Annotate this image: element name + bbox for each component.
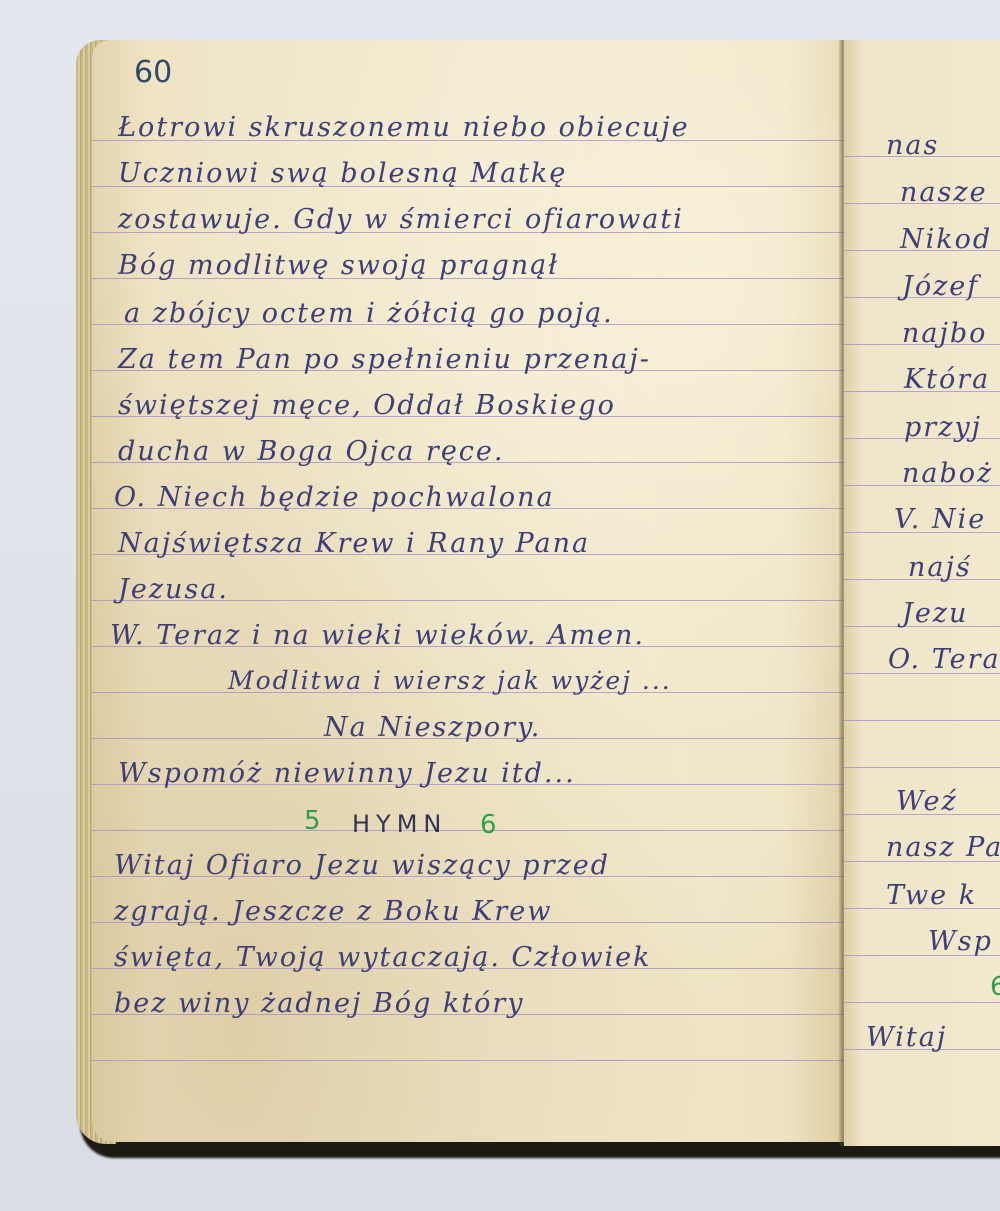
text-line: naboż — [902, 460, 993, 487]
text-line: nas — [886, 132, 939, 159]
rule-line — [844, 720, 1000, 721]
text-line: nasze — [900, 179, 988, 206]
text-line: V. Nie — [894, 506, 986, 533]
text-line: Za tem Pan po spełnieniu przenaj- — [118, 346, 651, 373]
text-line: O. Niech będzie pochwalona — [114, 484, 555, 511]
text-line: Józef — [902, 273, 979, 300]
rule-line — [92, 1060, 844, 1061]
text-line: a zbójcy octem i żółcią go poją. — [124, 300, 614, 327]
hymn-heading: HYMN — [352, 812, 447, 836]
green-mark: 6 — [990, 974, 1000, 1000]
text-line: najbo — [902, 320, 987, 347]
left-page: 60 Łotrowi skruszonemu niebo obiecuje Uc… — [92, 40, 844, 1142]
text-line: Bóg modlitwę swoją pragnął — [118, 252, 559, 279]
text-line: Wspomóż niewinny Jezu itd... — [118, 760, 576, 787]
text-line: świętszej męce, Oddał Boskiego — [118, 392, 616, 419]
right-page: nas nasze Nikod Józef najbo Która przyj … — [844, 40, 1000, 1146]
text-line: ducha w Boga Ojca ręce. — [118, 438, 505, 465]
text-line: Witaj Ofiaro Jezu wiszący przed — [114, 852, 610, 879]
green-mark-right: 6 — [480, 812, 499, 838]
text-line: Która — [904, 366, 990, 393]
text-line: Nikod — [900, 226, 992, 253]
text-line: zostawuje. Gdy w śmierci ofiarowati — [118, 206, 684, 233]
text-line: Łotrowi skruszonemu niebo obiecuje — [118, 114, 690, 141]
text-line: Wsp — [928, 928, 993, 955]
text-line: przyj — [904, 414, 982, 441]
section-heading: Na Nieszpory. — [324, 714, 541, 741]
text-line: W. Teraz i na wieki wieków. Amen. — [110, 622, 645, 649]
text-line: Jezusa. — [118, 576, 229, 603]
rule-line — [844, 1002, 1000, 1003]
green-mark-left: 5 — [304, 808, 323, 834]
text-line: nasz Pa — [886, 834, 1000, 861]
text-line: bez winy żadnej Bóg który — [114, 990, 525, 1017]
text-line: zgrają. Jeszcze z Boku Krew — [114, 898, 552, 925]
text-line: Jezu — [902, 600, 968, 627]
text-line: Najświętsza Krew i Rany Pana — [118, 530, 590, 557]
text-line: Twe k — [886, 882, 977, 909]
text-line: Weź — [896, 788, 958, 815]
rule-line — [92, 830, 844, 831]
text-line: święta, Twoją wytaczają. Człowiek — [114, 944, 652, 971]
rule-line — [844, 767, 1000, 768]
text-line: Modlitwa i wiersz jak wyżej ... — [228, 668, 672, 693]
text-line: Witaj — [866, 1024, 947, 1051]
page-number: 60 — [134, 58, 172, 88]
text-line: Uczniowi swą bolesną Matkę — [118, 160, 567, 187]
text-line: najś — [908, 554, 972, 581]
text-line: O. Tera — [888, 646, 1000, 673]
